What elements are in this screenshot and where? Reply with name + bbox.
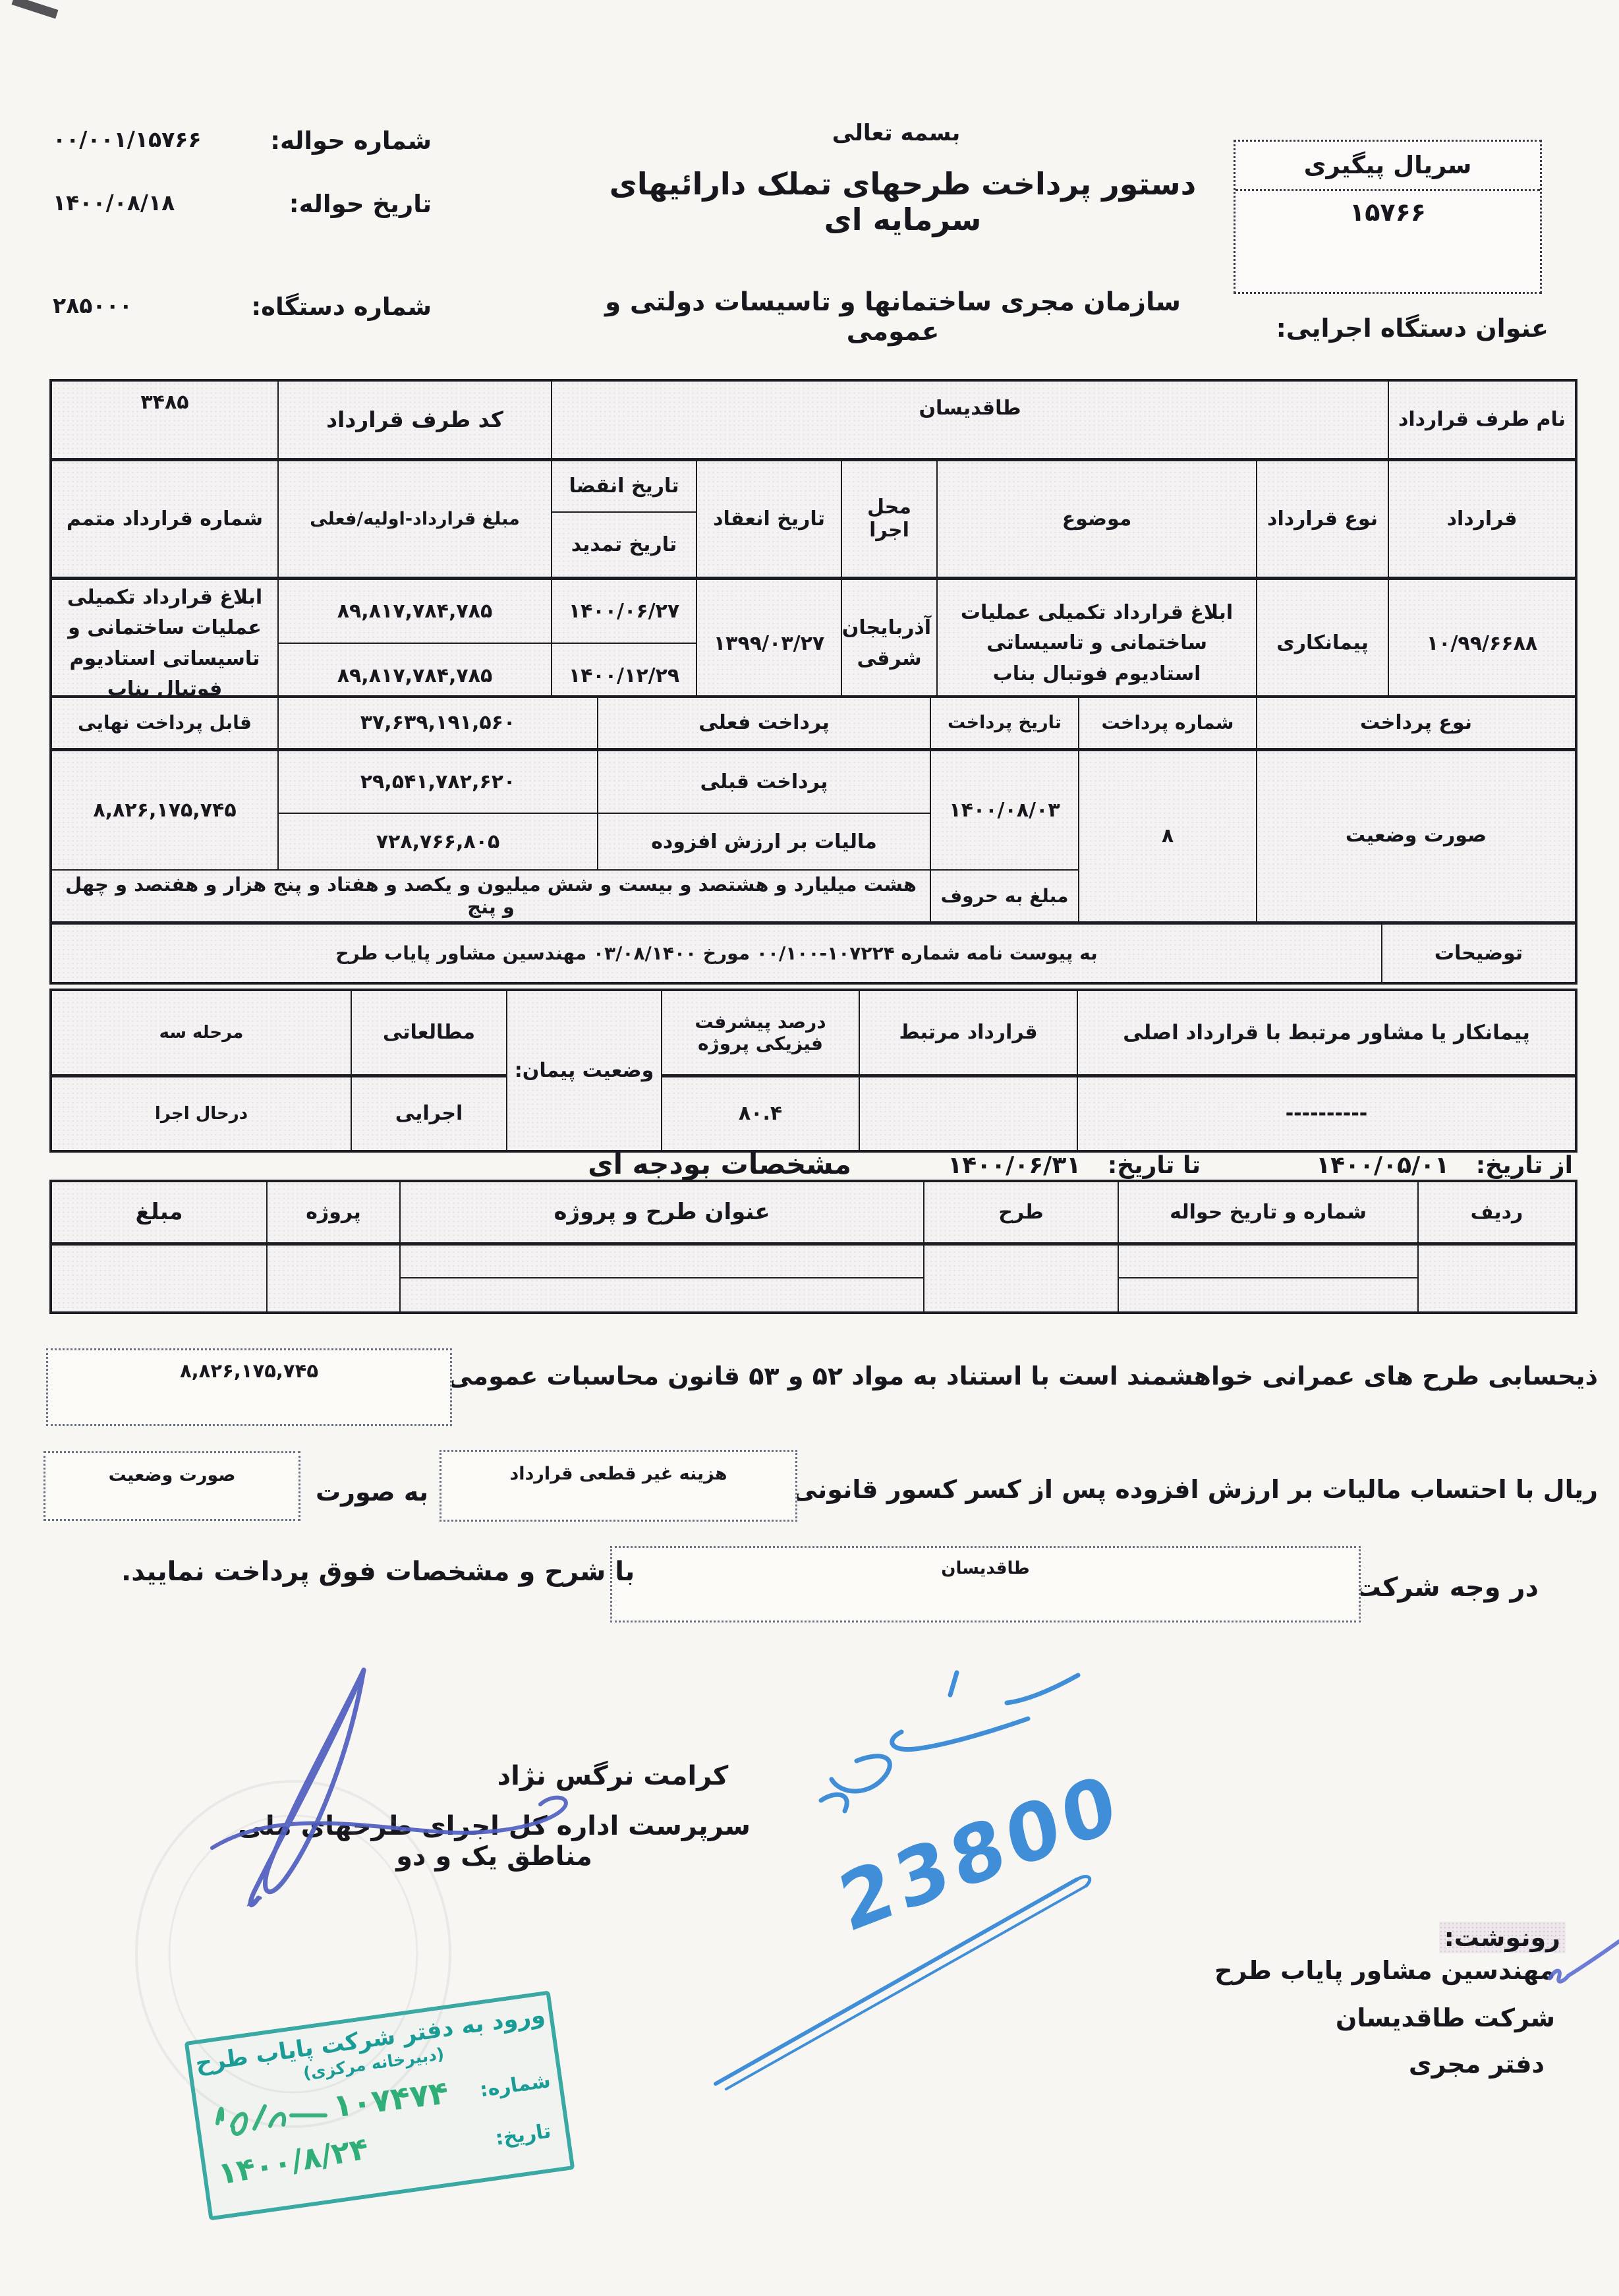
pay-no-value: ۸ <box>1079 749 1257 923</box>
phase-value: درحال اجرا <box>51 1076 351 1151</box>
budget-table: ردیف شماره و تاریخ حواله طرح عنوان طرح و… <box>49 1180 1577 1314</box>
scanned-payment-order-document: بسمه تعالی دستور پرداخت طرحهای تملک دارا… <box>0 0 1619 2296</box>
havale-number-value: ۰۰/۰۰۱/۱۵۷۶۶ <box>53 127 202 155</box>
device-number-row: شماره دستگاه: ۲۸۵۰۰۰ <box>53 293 432 321</box>
related-party-header: پیمانکار یا مشاور مرتبط با قرارداد اصلی <box>1077 990 1576 1076</box>
pay-no-header: شماره پرداخت <box>1079 697 1257 749</box>
col-subject-header: موضوع <box>937 459 1257 578</box>
page-title: دستور پرداخت طرحهای تملک دارائیهای سرمای… <box>554 166 1252 237</box>
amount-words-value: هشت میلیارد و هشتصد و بیست و شش میلیون و… <box>51 870 930 923</box>
notes-value: به پیوست نامه شماره ۱۰۷۲۲۴‏-‏۰۰/۱۰۰ مورخ… <box>51 923 1382 983</box>
current-payment-amount: ۳۷,۶۳۹,۱۹۱,۵۶۰ <box>278 697 598 749</box>
device-number-label: شماره دستگاه: <box>251 293 432 321</box>
copy-item-consultant: مهندسین مشاور پایاب طرح <box>1214 1956 1555 1985</box>
budget-project-cell <box>267 1244 400 1313</box>
supplement-contract-cell: ابلاغ قرارداد تکمیلی عملیات ساختمانی و ت… <box>51 578 278 709</box>
executing-org-line: سازمان مجری ساختمانها و تاسیسات دولتی و … <box>560 287 1226 347</box>
final-payable-amount: ۸,۸۲۶,۱۷۵,۷۴۵ <box>51 749 278 870</box>
budget-section-title: مشخصات بودجه ای <box>588 1148 851 1180</box>
order-expense-value: هزینه غیر قطعی قرارداد <box>441 1452 795 1484</box>
budget-plan-title-cell-1 <box>400 1244 924 1278</box>
havale-number-row: شماره حواله: ۰۰/۰۰۱/۱۵۷۶۶ <box>53 127 432 155</box>
related-contract-header: قرارداد مرتبط <box>859 990 1077 1076</box>
amount-initial-cell: ۸۹,۸۱۷,۷۸۴,۷۸۵ <box>278 578 552 643</box>
current-payment-label: پرداخت فعلی <box>598 697 930 749</box>
related-party-value: ---------- <box>1077 1076 1576 1151</box>
bismillah-line: بسمه تعالی <box>692 120 1100 146</box>
contract-no-cell: ۱۰/۹۹/۶۶۸۸ <box>1388 578 1576 709</box>
budget-havale-header: شماره و تاریخ حواله <box>1118 1181 1418 1244</box>
order-expense-box: هزینه غیر قطعی قرارداد <box>440 1450 797 1522</box>
budget-project-header: پروژه <box>267 1181 400 1244</box>
order-line-3: با شرح و مشخصات فوق پرداخت نمایید. <box>121 1557 635 1587</box>
pay-type-header: نوع پرداخت <box>1257 697 1576 749</box>
progress-value: ۸۰.۴ <box>662 1076 859 1151</box>
to-date-label: تا تاریخ: <box>1108 1152 1201 1179</box>
col-contract-header: قرارداد <box>1388 459 1576 578</box>
col-supplement-header: شماره قرارداد متمم <box>51 459 278 578</box>
col-conclusion-header: تاریخ انعقاد <box>696 459 841 578</box>
contract-location-cell: آذربایجان شرقی <box>841 578 937 709</box>
pact-status-header: وضعیت پیمان: <box>507 990 662 1151</box>
order-amount-box: ۸,۸۲۶,۱۷۵,۷۴۵ <box>46 1348 452 1426</box>
payment-table: نوع پرداخت شماره پرداخت تاریخ پرداخت پرد… <box>49 695 1577 985</box>
handwritten-amount-note: 23800 <box>831 1754 1129 1950</box>
previous-payment-label: پرداخت قبلی <box>598 749 930 813</box>
payee-box: طاقدیسان <box>610 1546 1361 1622</box>
budget-rowno-cell <box>1418 1244 1576 1313</box>
col-type-header: نوع قرارداد <box>1257 459 1388 578</box>
amount-words-label: مبلغ به حروف <box>930 870 1079 923</box>
vat-label: مالیات بر ارزش افزوده <box>598 813 930 870</box>
order-as-value: صورت وضعیت <box>45 1453 298 1485</box>
from-date-label: از تاریخ: <box>1476 1152 1573 1179</box>
vat-amount: ۷۲۸,۷۶۶,۸۰۵ <box>278 813 598 870</box>
havale-date-row: تاریخ حواله: ۱۴۰۰/۰۸/۱۸ <box>53 190 432 218</box>
order-line-1: ذیحسابی طرح های عمرانی خواهشمند است با ا… <box>385 1362 1598 1391</box>
order-as-label: به صورت <box>316 1478 428 1507</box>
related-contract-value <box>859 1076 1077 1151</box>
party-name-label-cell: نام طرف قرارداد <box>1388 380 1576 459</box>
budget-plan-title-cell-2 <box>400 1278 924 1313</box>
budget-amount-header: مبلغ <box>51 1181 267 1244</box>
order-as-box: صورت وضعیت <box>43 1451 300 1521</box>
order-amount-value: ۸,۸۲۶,۱۷۵,۷۴۵ <box>48 1350 450 1382</box>
payee-label: در وجه شرکت <box>1355 1572 1539 1603</box>
tracking-serial-label: سریال پیگیری <box>1236 142 1540 191</box>
col-extension-header: تاریخ تمدید <box>552 512 696 578</box>
signer-name: کرامت نرگس نژاد <box>455 1761 771 1791</box>
pay-date-header: تاریخ پرداخت <box>930 697 1079 749</box>
signer-title: سرپرست اداره کل اجرای طرحهای ملی مناطق ی… <box>191 1811 797 1872</box>
expiry-date-cell: ۱۴۰۰/۰۶/۲۷ <box>552 578 696 643</box>
party-name-value-cell: طاقدیسان <box>552 380 1388 459</box>
pay-type-value: صورت وضعیت <box>1257 749 1576 923</box>
contract-table-grid: نام طرف قرارداد طاقدیسان کد طرف قرارداد … <box>49 379 1577 710</box>
from-date-value: ۱۴۰۰/۰۵/۰۱ <box>1316 1152 1449 1179</box>
col-expiry-header: تاریخ انقضا <box>552 459 696 512</box>
copy-item-office: دفتر مجری <box>1409 2050 1545 2079</box>
scan-artifact <box>12 0 59 18</box>
to-date-value: ۱۴۰۰/۰۶/۳۱ <box>948 1152 1081 1179</box>
col-amount-header: مبلغ قرارداد-اولیه/فعلی <box>278 459 552 578</box>
previous-payment-amount: ۲۹,۵۴۱,۷۸۲,۶۲۰ <box>278 749 598 813</box>
budget-plan-title-header: عنوان طرح و پروژه <box>400 1181 924 1244</box>
status-table-grid: پیمانکار یا مشاور مرتبط با قرارداد اصلی … <box>49 989 1577 1153</box>
stamp-number-label: شماره: <box>478 2069 552 2102</box>
order-line-2: ریال با احتساب مالیات بر ارزش افزوده پس … <box>729 1475 1598 1504</box>
payment-table-grid: نوع پرداخت شماره پرداخت تاریخ پرداخت پرد… <box>49 695 1577 985</box>
to-date-line: تا تاریخ: ۱۴۰۰/۰۶/۳۱ <box>948 1152 1201 1179</box>
party-code-label-cell: کد طرف قرارداد <box>278 380 552 459</box>
study-value: اجرایی <box>351 1076 507 1151</box>
notes-label: توضیحات <box>1382 923 1576 983</box>
tracking-serial-value: ۱۵۷۶۶ <box>1236 191 1540 227</box>
budget-havale-cell-1 <box>1118 1244 1418 1278</box>
device-number-value: ۲۸۵۰۰۰ <box>53 293 132 321</box>
havale-number-label: شماره حواله: <box>270 127 432 155</box>
contract-table: نام طرف قرارداد طاقدیسان کد طرف قرارداد … <box>49 379 1577 710</box>
pay-date-value: ۱۴۰۰/۰۸/۰۳ <box>930 749 1079 870</box>
havale-date-value: ۱۴۰۰/۰۸/۱۸ <box>53 190 175 218</box>
budget-havale-cell-2 <box>1118 1278 1418 1313</box>
payee-value: طاقدیسان <box>612 1548 1359 1578</box>
havale-date-label: تاریخ حواله: <box>289 190 432 218</box>
col-location-header: محل اجرا <box>841 459 937 578</box>
agency-title-label: عنوان دستگاه اجرایی: <box>1276 314 1548 343</box>
phase-header: مرحله سه <box>51 990 351 1076</box>
budget-plan-cell <box>924 1244 1118 1313</box>
contract-type-cell: پیمانکاری <box>1257 578 1388 709</box>
final-payable-label: قابل پرداخت نهایی <box>51 697 278 749</box>
progress-header: درصد پیشرفت فیزیکی پروژه <box>662 990 859 1076</box>
tracking-serial-box: سریال پیگیری ۱۵۷۶۶ <box>1234 140 1542 294</box>
stamp-date-label: تاریخ: <box>494 2119 553 2150</box>
party-code-value-cell: ۳۴۸۵ <box>51 380 278 459</box>
copies-label: رونوشت: <box>1439 1922 1566 1953</box>
budget-plan-header: طرح <box>924 1181 1118 1244</box>
contract-subject-cell: ابلاغ قرارداد تکمیلی عملیات ساختمانی و ت… <box>937 578 1257 709</box>
copy-item-company: شرکت طاقدیسان <box>1336 2003 1555 2032</box>
status-table: پیمانکار یا مشاور مرتبط با قرارداد اصلی … <box>49 989 1577 1153</box>
budget-amount-cell <box>51 1244 267 1313</box>
study-header: مطالعاتی <box>351 990 507 1076</box>
budget-rowno-header: ردیف <box>1418 1181 1576 1244</box>
conclusion-date-cell: ۱۳۹۹/۰۳/۲۷ <box>696 578 841 709</box>
budget-table-grid: ردیف شماره و تاریخ حواله طرح عنوان طرح و… <box>49 1180 1577 1314</box>
from-date-line: از تاریخ: ۱۴۰۰/۰۵/۰۱ <box>1316 1152 1573 1179</box>
